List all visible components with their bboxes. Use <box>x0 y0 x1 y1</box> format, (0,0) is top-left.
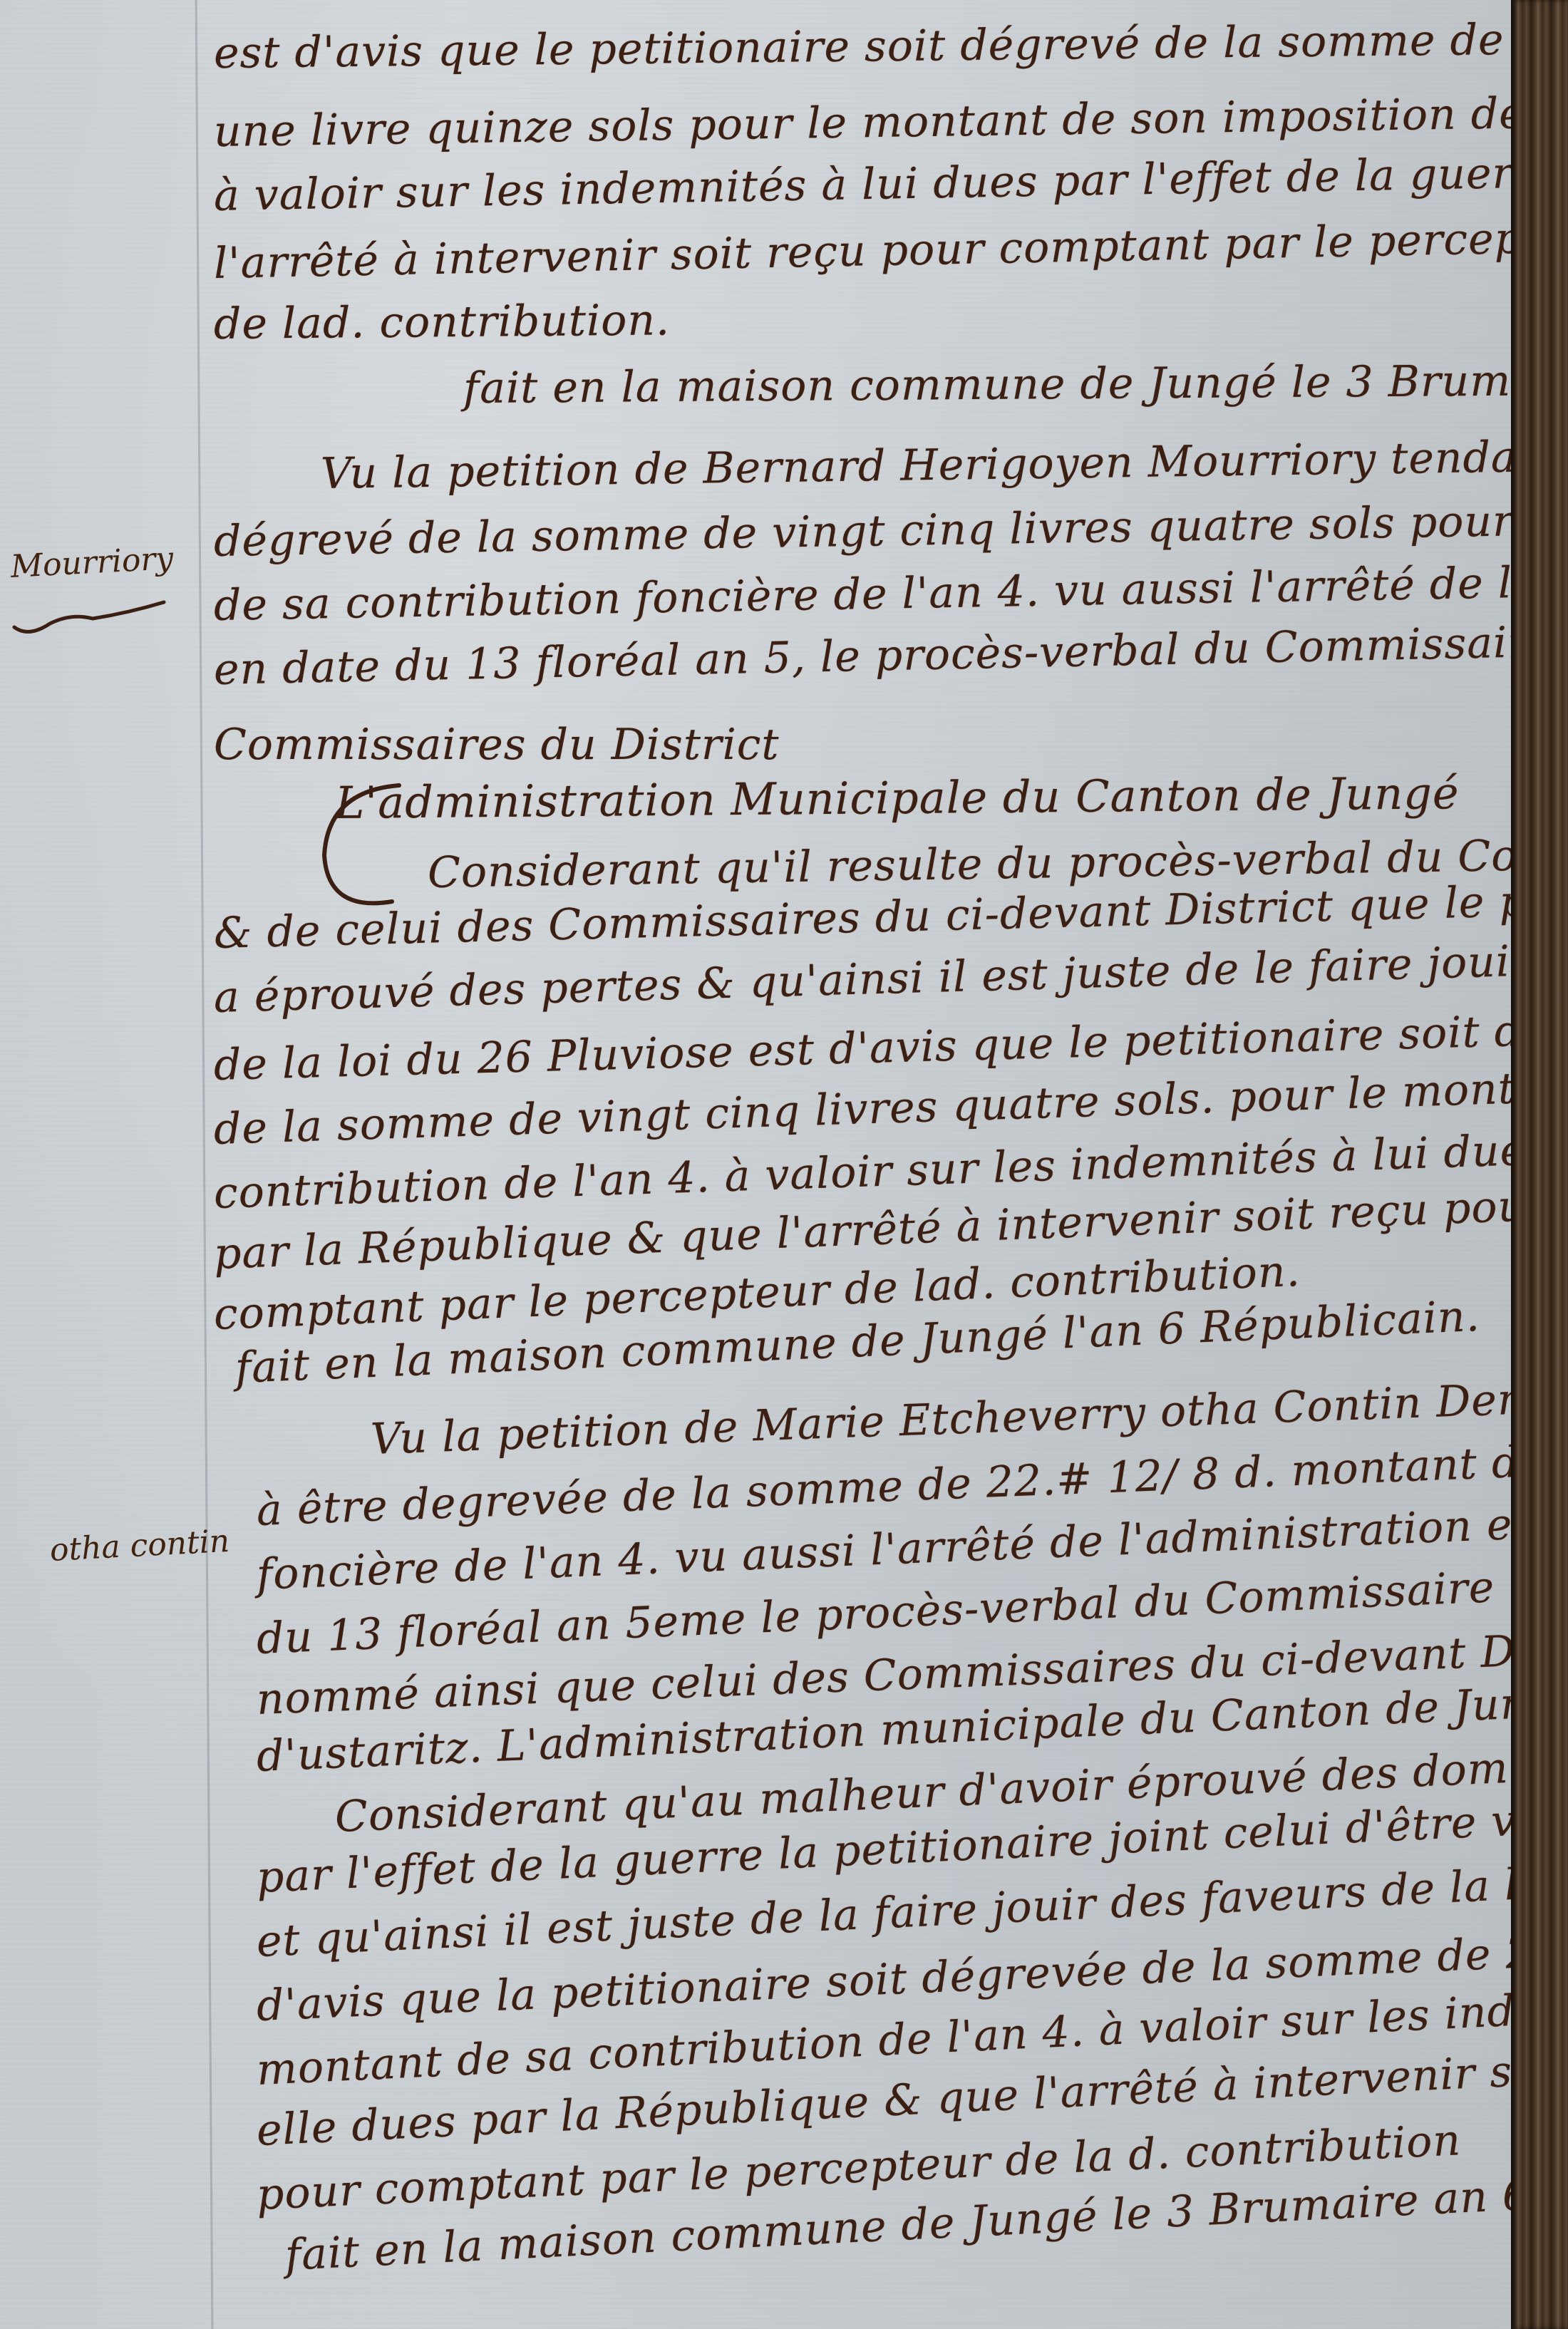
entry-2-line-1: Vu la petition de Bernard Herigoyen Mour… <box>321 429 1511 499</box>
margin-flourish-1 <box>7 592 178 641</box>
book-binding-edge <box>1511 0 1568 2329</box>
entry-1-line-2: une livre quinze sols pour le montant de… <box>214 86 1511 157</box>
entry-2-heading: L'administration Municipale du Canton de… <box>335 767 1460 829</box>
manuscript-page: est d'avis que le petitionaire soit dégr… <box>0 0 1511 2329</box>
entry-1-line-4: l'arrêté à intervenir soit reçu pour com… <box>213 212 1511 289</box>
entry-1-line-5: de lad. contribution. <box>214 295 671 349</box>
entry-1-line-3: à valoir sur les indemnités à lui dues p… <box>213 145 1511 221</box>
margin-rule <box>195 0 214 2329</box>
entry-2-line-5: Commissaires du District <box>214 720 780 770</box>
entry-1-line-1: est d'avis que le petitionaire soit dégr… <box>214 13 1511 78</box>
margin-note-mourriory: Mourriory <box>10 540 175 585</box>
entry-1-closing: fait en la maison commune de Jungé le 3 … <box>463 355 1511 413</box>
entry-2-line-2: dégrevé de la somme de vingt cinq livres… <box>213 492 1511 567</box>
margin-note-otha-contin: otha contin <box>49 1523 231 1569</box>
entry-2-line-3: de sa contribution foncière de l'an 4. v… <box>213 552 1511 631</box>
